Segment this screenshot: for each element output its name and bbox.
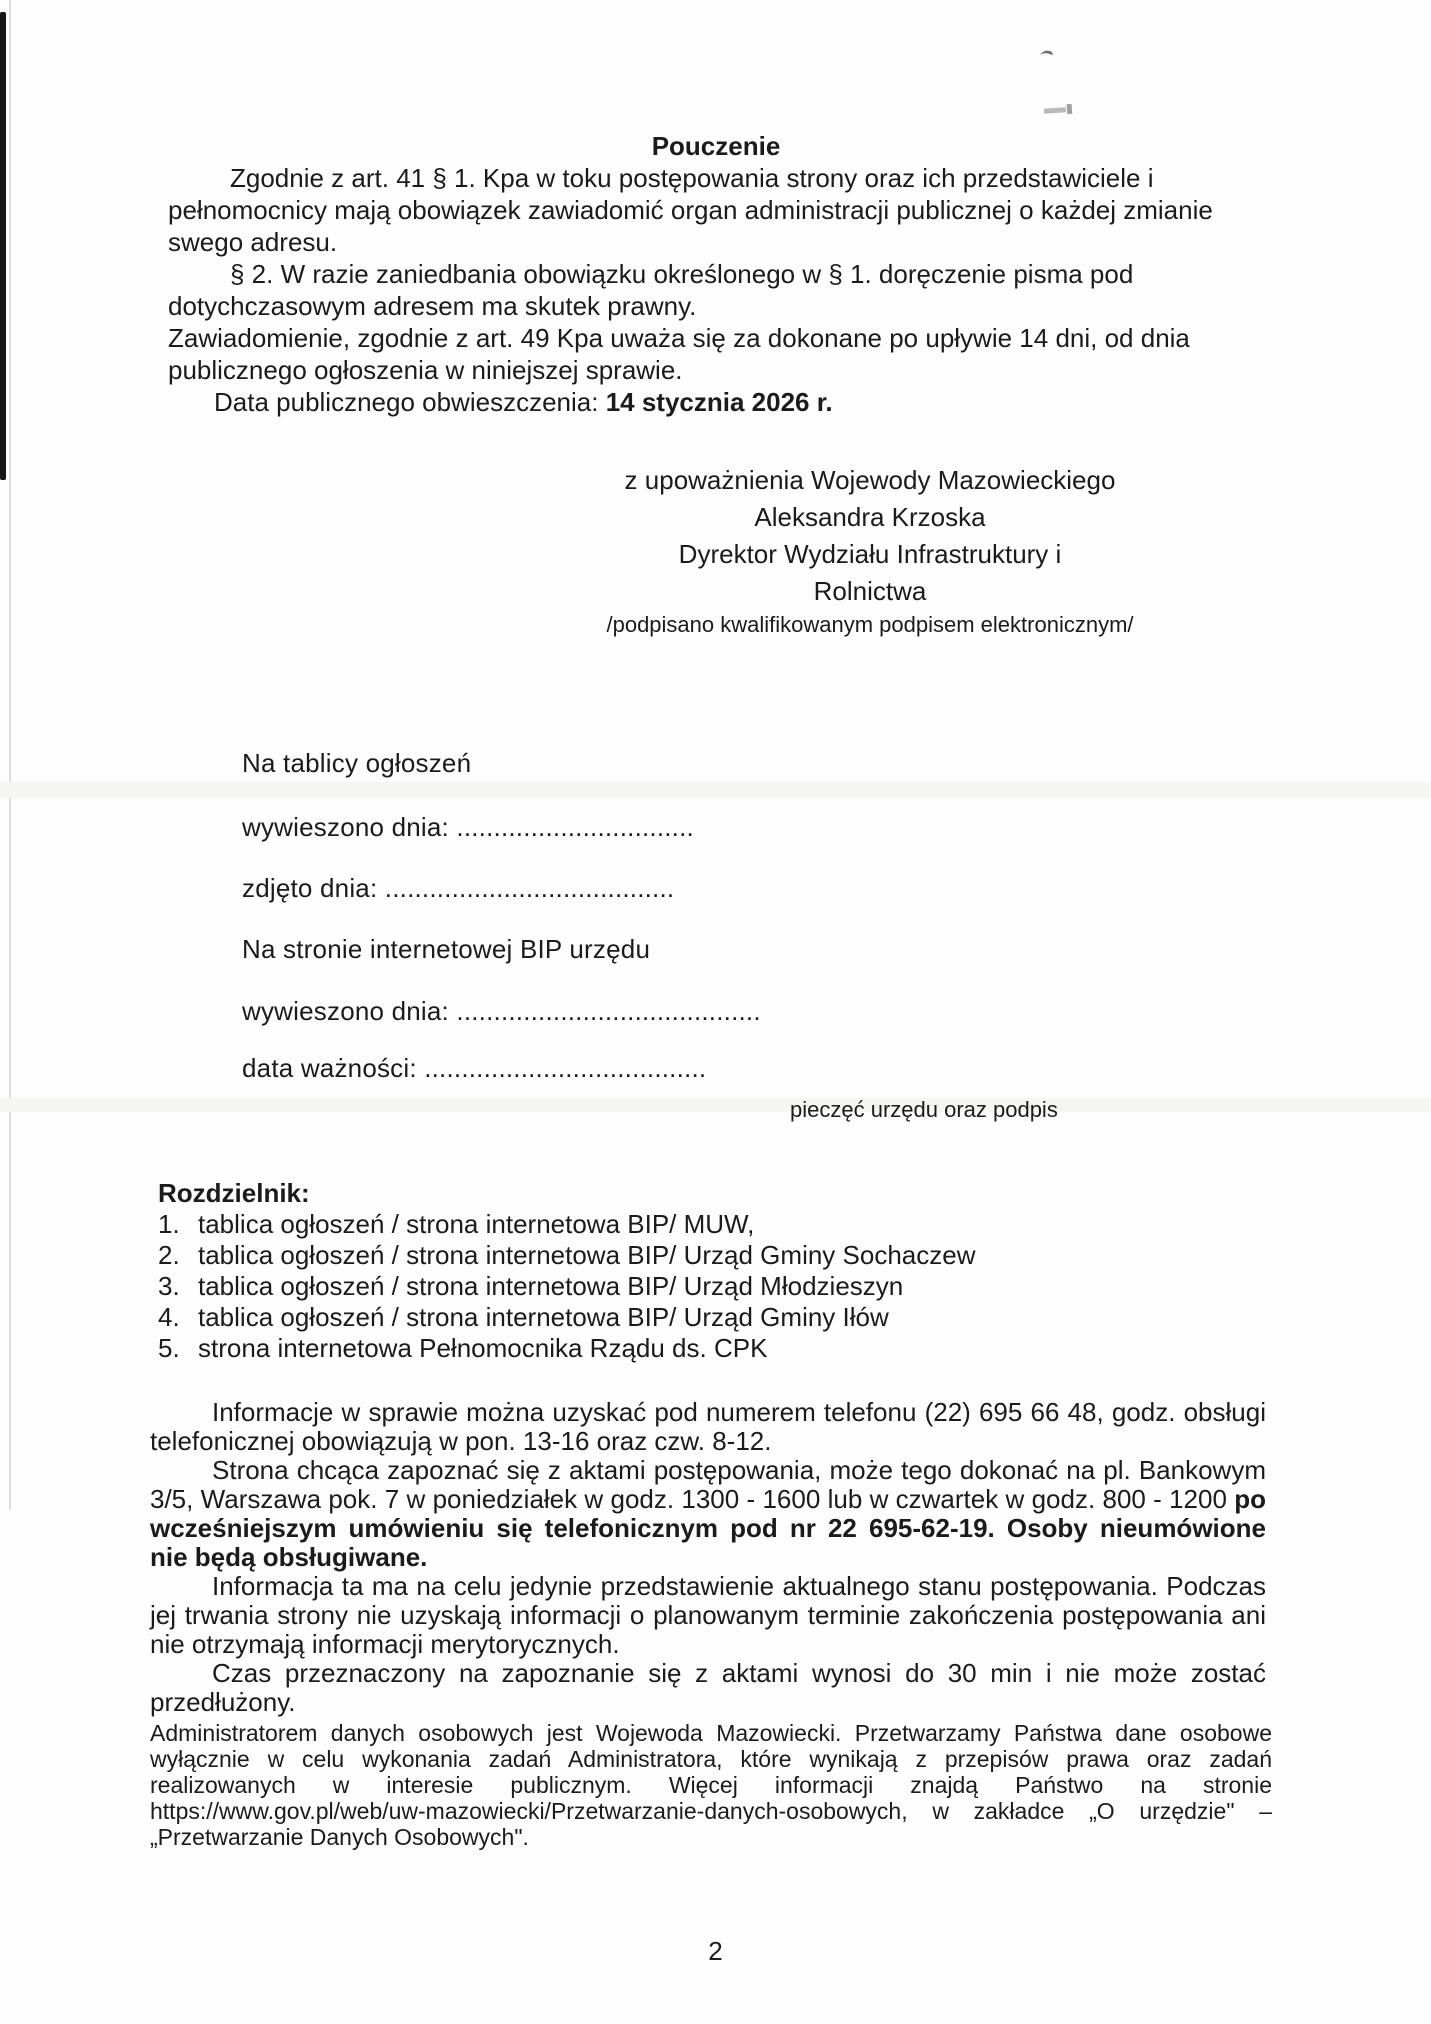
publication-date-value: 14 stycznia 2026 r. xyxy=(606,387,833,417)
list-item-number: 2. xyxy=(158,1240,198,1271)
posting-section: Na tablicy ogłoszeń wywieszono dnia: ...… xyxy=(242,748,942,1088)
paragraph-art-41: Zgodnie z art. 41 § 1. Kpa w toku postęp… xyxy=(168,162,1264,258)
electronic-signature-note: /podpisano kwalifikowanym podpisem elekt… xyxy=(540,610,1200,640)
paragraph-par-2: § 2. W razie zaniedbania obowiązku okreś… xyxy=(168,258,1264,322)
validity-line: data ważności: .........................… xyxy=(242,1053,706,1084)
time-limit-paragraph: Czas przeznaczony na zapoznanie się z ak… xyxy=(150,1659,1266,1717)
scanned-document-page: Pouczenie Zgodnie z art. 41 § 1. Kpa w t… xyxy=(0,0,1431,2024)
list-item-number: 3. xyxy=(158,1271,198,1302)
scan-band xyxy=(0,1098,1431,1112)
signature-name: Aleksandra Krzoska xyxy=(540,499,1200,536)
file-access-paragraph: Strona chcąca zapoznać się z aktami post… xyxy=(150,1456,1266,1572)
scan-edge-hairline xyxy=(9,0,11,1510)
scan-artifact xyxy=(1044,107,1066,114)
list-item-text: tablica ogłoszeń / strona internetowa BI… xyxy=(198,1271,903,1302)
stamp-and-signature-note: pieczęć urzędu oraz podpis xyxy=(790,1097,1058,1123)
file-access-normal: Strona chcąca zapoznać się z aktami post… xyxy=(150,1455,1266,1514)
contact-info-section: Informacje w sprawie można uzyskać pod n… xyxy=(150,1398,1266,1717)
board-posted-line: wywieszono dnia: .......................… xyxy=(242,812,694,843)
pouczenie-section: Pouczenie Zgodnie z art. 41 § 1. Kpa w t… xyxy=(168,130,1264,418)
signature-title-line-2: Rolnictwa xyxy=(540,573,1200,610)
list-item: 3. tablica ogłoszeń / strona internetowa… xyxy=(158,1271,1058,1302)
publication-date-label: Data publicznego obwieszczenia: xyxy=(214,387,606,417)
list-item-number: 5. xyxy=(158,1333,198,1364)
list-item: 4. tablica ogłoszeń / strona internetowa… xyxy=(158,1302,1058,1333)
list-item-text: tablica ogłoszeń / strona internetowa BI… xyxy=(198,1209,754,1240)
scan-artifact xyxy=(1038,48,1053,63)
signature-title-line-1: Dyrektor Wydziału Infrastruktury i xyxy=(540,536,1200,573)
signature-block: z upoważnienia Wojewody Mazowieckiego Al… xyxy=(540,462,1200,640)
list-item-text: strona internetowa Pełnomocnika Rządu ds… xyxy=(198,1333,767,1364)
list-item-number: 4. xyxy=(158,1302,198,1333)
list-item-text: tablica ogłoszeń / strona internetowa BI… xyxy=(198,1240,976,1271)
list-item: 5. strona internetowa Pełnomocnika Rządu… xyxy=(158,1333,1058,1364)
page-number: 2 xyxy=(0,1936,1431,1967)
board-heading: Na tablicy ogłoszeń xyxy=(242,748,471,779)
list-item-text: tablica ogłoszeń / strona internetowa BI… xyxy=(198,1302,889,1333)
phone-info-paragraph: Informacje w sprawie można uzyskać pod n… xyxy=(150,1398,1266,1456)
rozdzielnik-heading: Rozdzielnik: xyxy=(158,1178,1058,1209)
list-item: 1. tablica ogłoszeń / strona internetowa… xyxy=(158,1209,1058,1240)
bip-posted-line: wywieszono dnia: .......................… xyxy=(242,996,761,1027)
section-title: Pouczenie xyxy=(168,130,1264,162)
rozdzielnik-section: Rozdzielnik: 1. tablica ogłoszeń / stron… xyxy=(158,1178,1058,1364)
publication-date-line: Data publicznego obwieszczenia: 14 stycz… xyxy=(214,386,1264,418)
data-administrator-note: Administratorem danych osobowych jest Wo… xyxy=(150,1720,1272,1850)
signature-authority-line: z upoważnienia Wojewody Mazowieckiego xyxy=(540,462,1200,499)
scan-edge-bar xyxy=(0,12,6,480)
paragraph-zawiadomienie: Zawiadomienie, zgodnie z art. 49 Kpa uwa… xyxy=(168,322,1264,386)
board-removed-line: zdjęto dnia: ...........................… xyxy=(242,873,674,904)
list-item: 2. tablica ogłoszeń / strona internetowa… xyxy=(158,1240,1058,1271)
list-item-number: 1. xyxy=(158,1209,198,1240)
status-info-paragraph: Informacja ta ma na celu jedynie przedst… xyxy=(150,1572,1266,1659)
bip-heading: Na stronie internetowej BIP urzędu xyxy=(242,934,650,965)
